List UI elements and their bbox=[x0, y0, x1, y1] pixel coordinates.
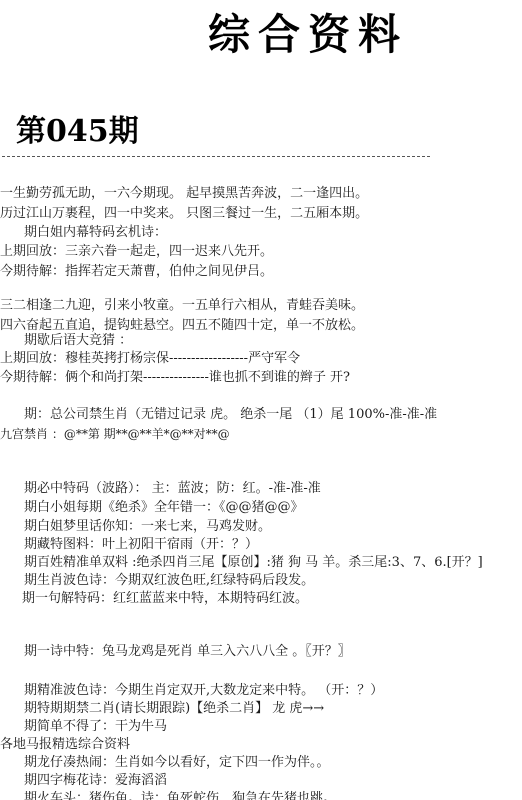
text-line: 期藏特图料：叶上初阳干宿雨（开：？） bbox=[24, 537, 258, 553]
text-line: 期一句解特码：红红蓝蓝来中特，本期特码红波。 bbox=[22, 591, 308, 607]
text-line: 期歇后语大竞猜 ： bbox=[24, 333, 132, 349]
text-line: 期生肖波色诗：今期双红波色旺,红绿特码后段发。 bbox=[24, 573, 314, 589]
document-title: 综合资料 bbox=[208, 14, 408, 56]
text-line: 期：总公司禁生肖（无错过记录 虎。 绝杀一尾 （1）尾 100%-准-准-准 bbox=[24, 407, 437, 423]
text-line: 期白姐梦里话你知：一来七来，马鸡发财。 bbox=[24, 519, 271, 535]
text-line: 期特期期禁二肖(请长期跟踪)【绝杀二肖】 龙 虎→→ bbox=[24, 701, 324, 717]
text-line: 期火车头：猪伤龟。诗：龟死蛇伤，狗急在先猪也跳。 bbox=[24, 791, 336, 800]
text-line: 三二相逢二九迎，引来小牧童。一五单行六相从，青蛙吞美味。 bbox=[0, 298, 364, 314]
text-line: 一生勤劳孤无助，一六今期现。 起早摸黑苦奔波，二一逢四出。 bbox=[0, 186, 368, 202]
text-line: 上期回放：穆桂英拷打杨宗保------------------严守军令 bbox=[0, 351, 300, 367]
text-line: 期一诗中特：兔马龙鸡是死肖 单三入六八八全 。〖开？〗 bbox=[24, 644, 351, 660]
text-line: 今期待解：俩个和尚打架---------------谁也抓不到谁的辫子 开? bbox=[0, 370, 350, 386]
text-line: 历过江山万裹程，四一中奖来。 只图三餐过一生，二五厢本期。 bbox=[0, 206, 368, 222]
text-line: 上期回放：三亲六眷一起走，四一迟来八先开。 bbox=[0, 244, 273, 260]
dashed-divider bbox=[2, 156, 430, 157]
text-line: 期白小姐每期《绝杀》全年错一：《@@猪@@》 bbox=[24, 500, 304, 516]
text-line: 期四字梅花诗：爱海滔滔 bbox=[24, 773, 167, 789]
text-line: 期百姓精准单双料 :绝杀四肖三尾【原创】:猪 狗 马 羊。杀三尾:3、7、6.[… bbox=[24, 555, 483, 571]
text-line: 期简单不得了：干为牛马 bbox=[24, 719, 167, 735]
text-line: 期必中特码（波路）： 主：蓝波；防：红。-准-准-准 bbox=[24, 481, 321, 497]
text-line: 今期待解：指挥若定天萧曹，伯仲之间见伊吕。 bbox=[0, 264, 273, 280]
text-line: 九宫禁肖 ：@**第 期**@**羊*@**对**@ bbox=[0, 426, 230, 442]
text-line: 期白姐内幕特码玄机诗： bbox=[24, 225, 167, 241]
text-line: 期龙仔凑热闹：生肖如今以看好，定下四一作为伴。。 bbox=[24, 755, 330, 771]
text-line: 四六奋起五直追，提钩蛀悬空。四五不随四十定，单一不放松。 bbox=[0, 318, 364, 334]
section-heading: 各地马报精选综合资料 bbox=[0, 737, 130, 753]
issue-number-heading: 第045期 bbox=[16, 117, 139, 147]
text-line: 期精准波色诗：今期生肖定双开,大数龙定来中特。 （开：？） bbox=[24, 683, 383, 699]
